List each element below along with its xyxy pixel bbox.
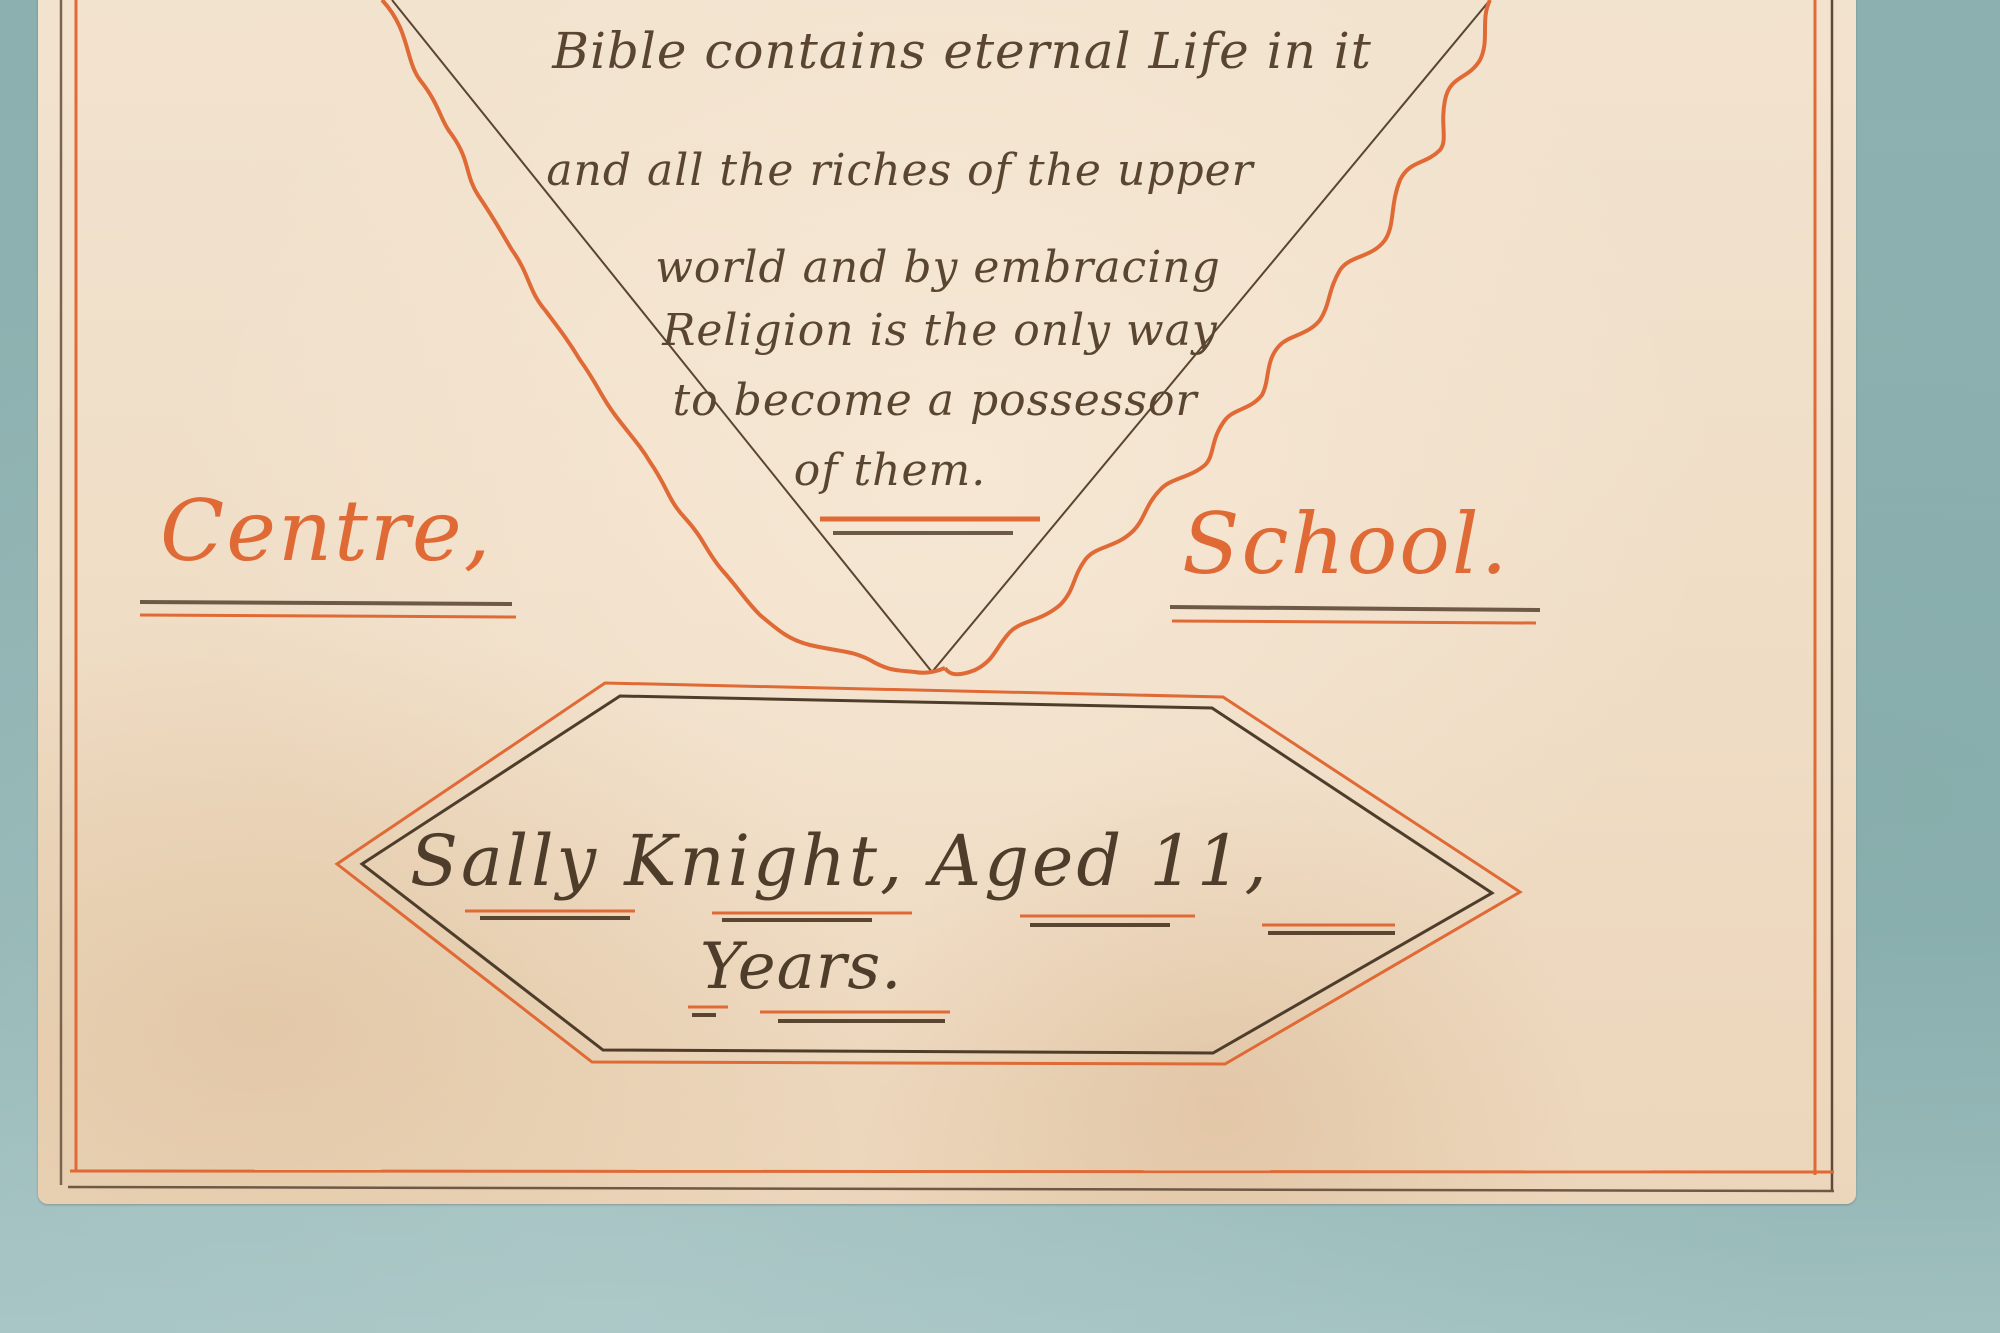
student-name-age: Sally Knight, Aged 11,	[410, 820, 1270, 902]
verse-line-4: Religion is the only way	[662, 305, 1218, 356]
centre-heading: Centre,	[160, 482, 492, 580]
decorative-linework	[0, 0, 2000, 1333]
verse-line-3: world and by embracing	[655, 242, 1221, 293]
verse-line-2: and all the riches of the upper	[546, 145, 1253, 196]
verse-line-6: of them.	[794, 445, 987, 496]
them-underline	[820, 519, 1040, 533]
name-underlines	[465, 911, 1395, 1021]
school-heading: School.	[1182, 495, 1509, 593]
verse-line-1: Bible contains eternal Life in it	[552, 22, 1372, 80]
years-label: Years.	[700, 930, 903, 1004]
school-underline	[1170, 607, 1540, 623]
verse-line-5: to become a possessor	[672, 375, 1197, 426]
centre-underline	[140, 602, 516, 617]
